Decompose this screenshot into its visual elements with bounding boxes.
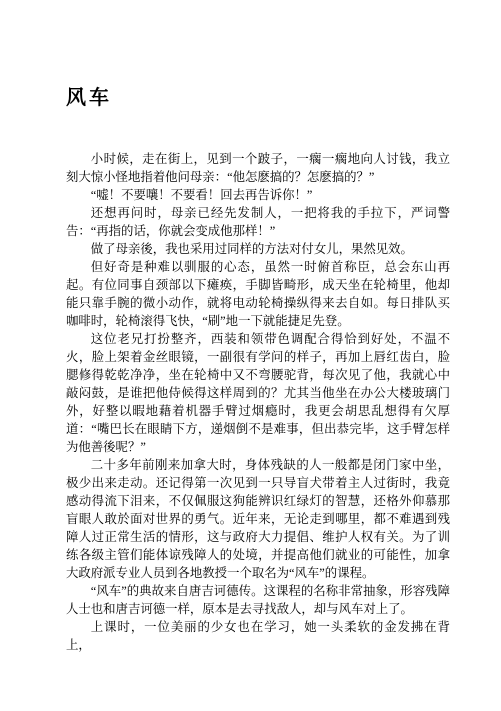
document-content: 风车 小时候，走在街上，见到一个跛子，一瘸一瘸地向人讨钱，我立刻大惊小怪地指着他… (66, 86, 450, 654)
document-body: 小时候，走在街上，见到一个跛子，一瘸一瘸地向人讨钱，我立刻大惊小怪地指着他问母亲… (66, 150, 450, 654)
paragraph: “嘘！不要嚷！不要看！回去再告诉你！” (66, 186, 450, 204)
paragraph: 小时候，走在街上，见到一个跛子，一瘸一瘸地向人讨钱，我立刻大惊小怪地指着他问母亲… (66, 150, 450, 186)
paragraph: 上课时，一位美丽的少女也在学习，她一头柔软的金发拂在背上， (66, 618, 450, 654)
paragraph: 还想再问时，母亲已经先发制人，一把将我的手拉下，严词警告：“再指的话，你就会变成… (66, 204, 450, 240)
page-title: 风车 (66, 86, 450, 110)
document-page: 风车 小时候，走在街上，见到一个跛子，一瘸一瘸地向人讨钱，我立刻大惊小怪地指着他… (0, 0, 501, 711)
paragraph: 这位老兄打扮整齐，西装和领带色调配合得恰到好处，不温不火，脸上架着金丝眼镜，一副… (66, 330, 450, 456)
paragraph: 但好奇是种难以驯服的心态，虽然一时俯首称臣，总会东山再起。有位同事自颈部以下瘫痪… (66, 258, 450, 330)
paragraph: 二十多年前刚来加拿大时，身体残缺的人一般都是闭门家中坐，极少出来走动。还记得第一… (66, 456, 450, 582)
paragraph: “风车”的典故来自唐吉诃德传。这课程的名称非常抽象，形容残障人士也和唐吉诃德一样… (66, 582, 450, 618)
paragraph: 做了母亲後，我也采用过同样的方法对付女儿，果然见效。 (66, 240, 450, 258)
